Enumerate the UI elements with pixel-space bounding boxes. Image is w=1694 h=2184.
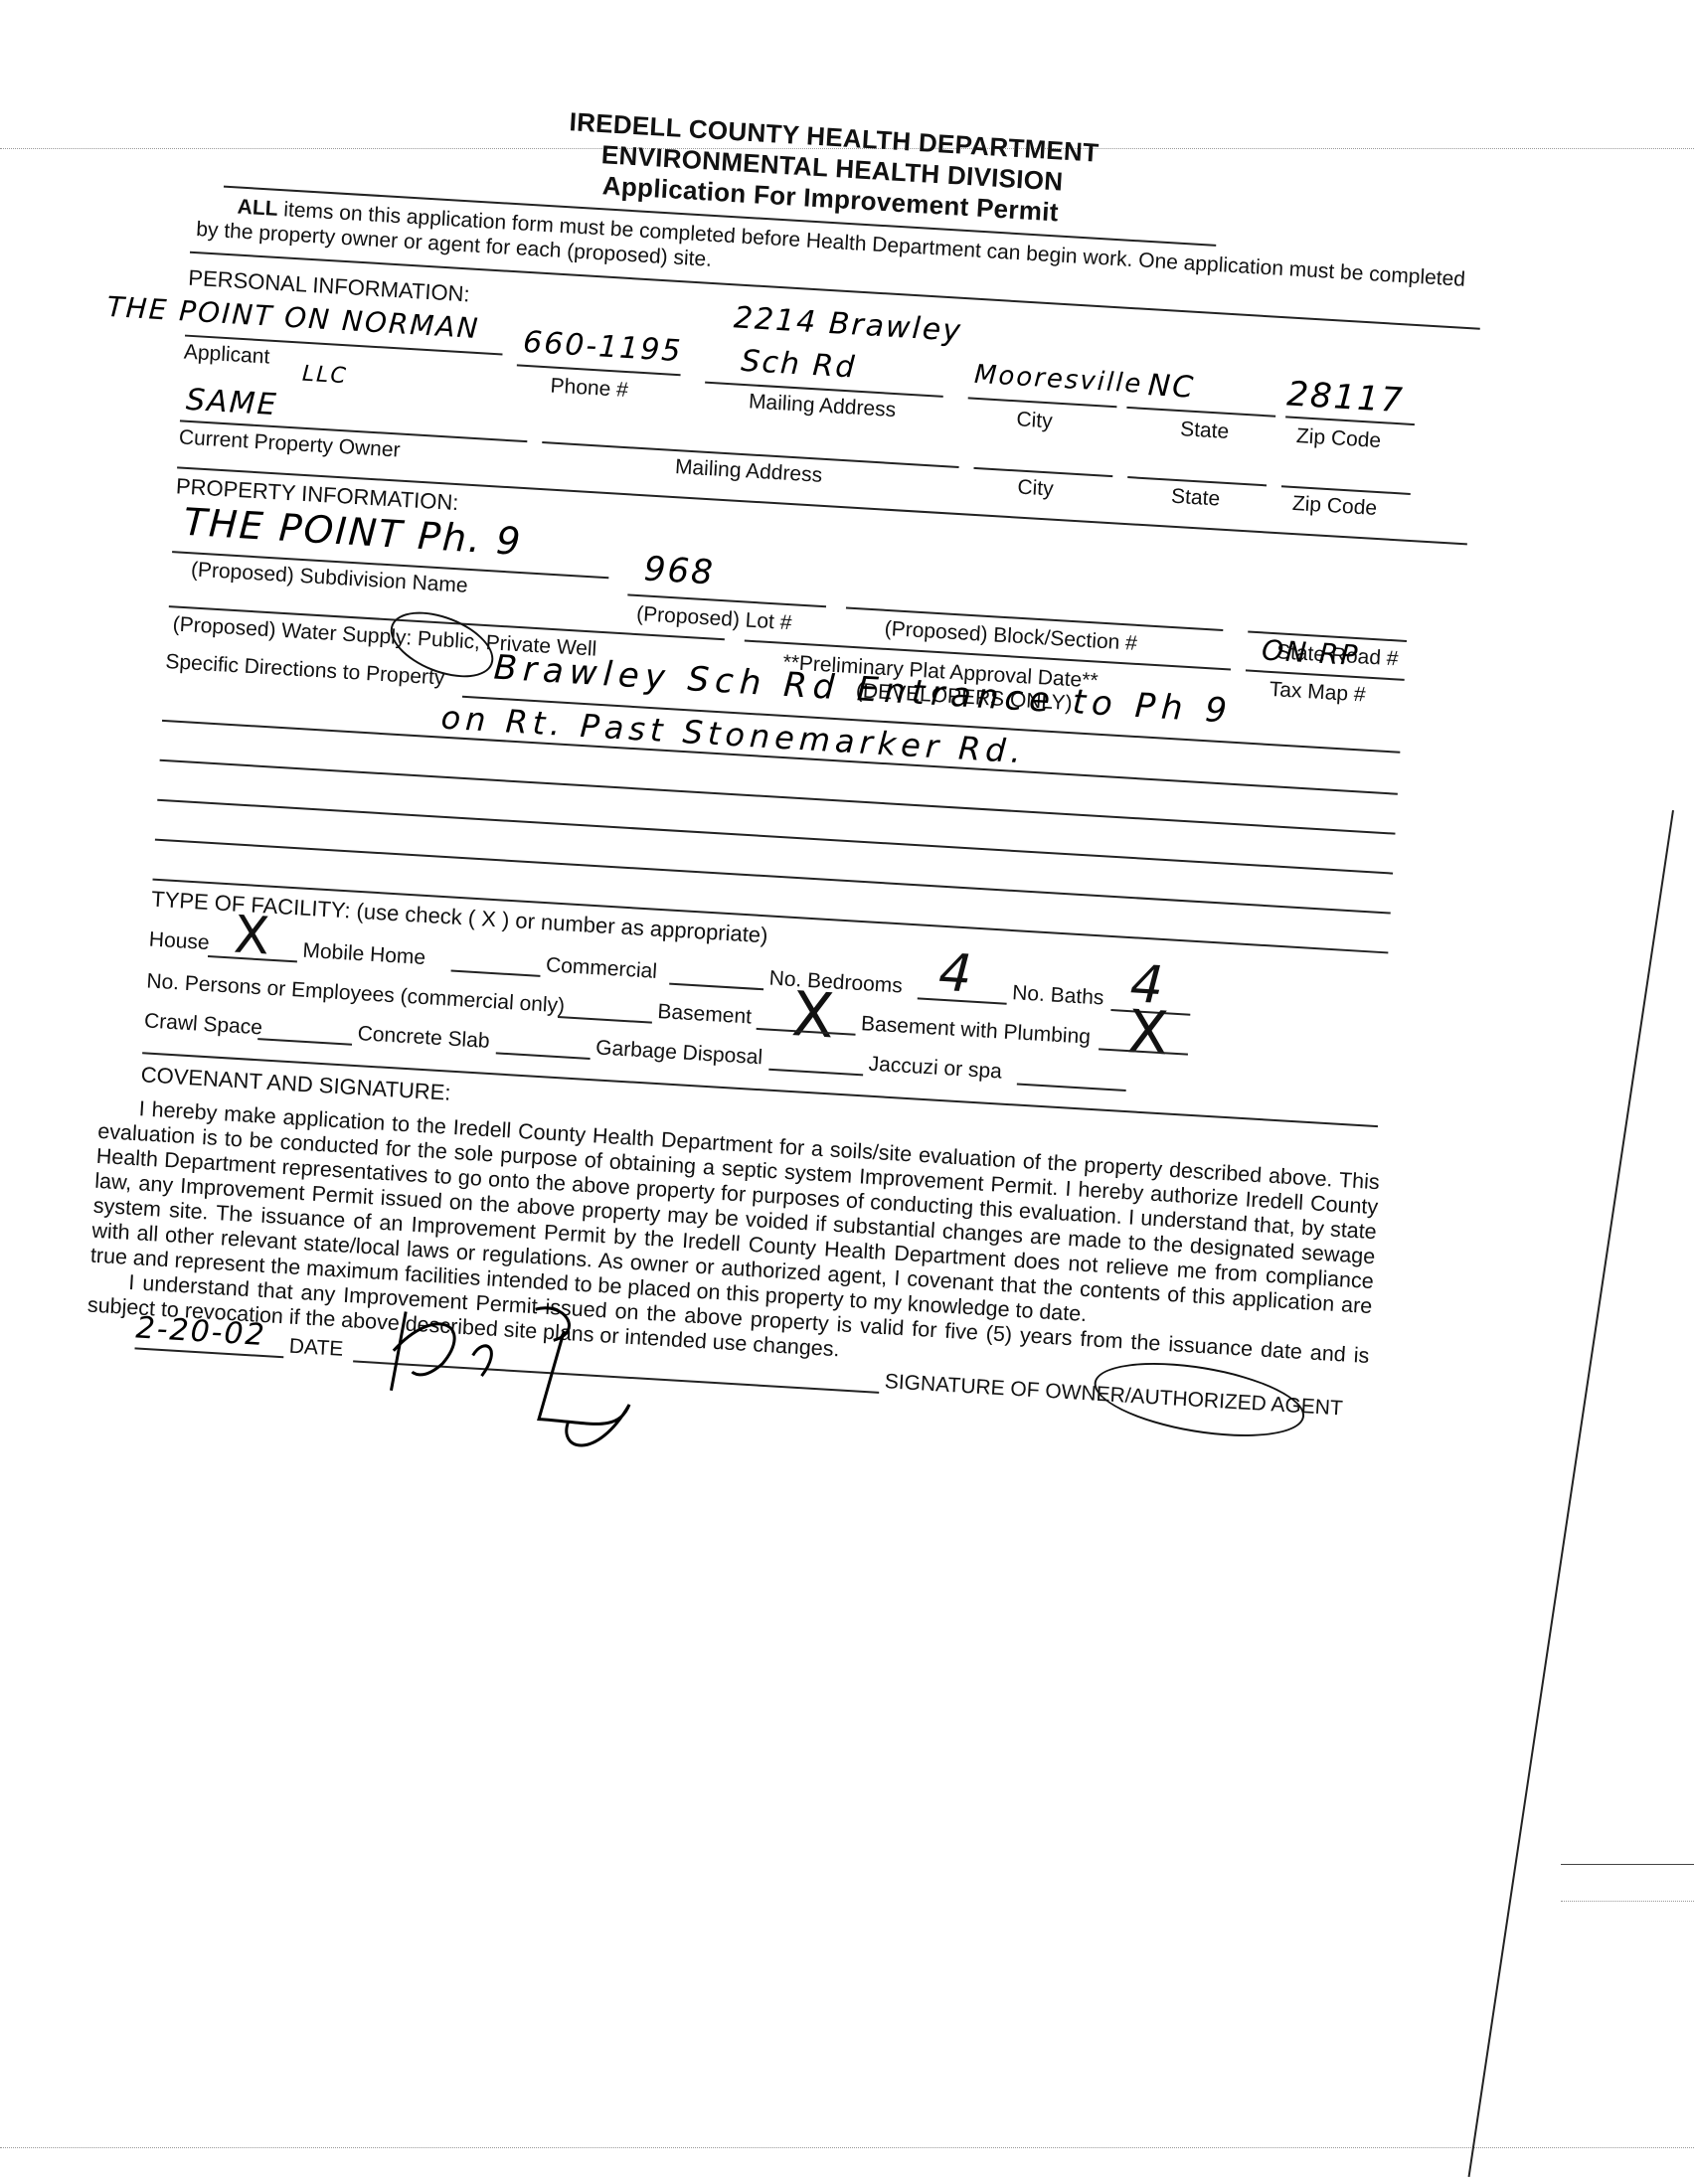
house-label: House <box>148 928 210 956</box>
subdivision-label: (Proposed) Subdivision Name <box>190 558 468 598</box>
jacuzzi-field-line[interactable] <box>1017 1084 1126 1092</box>
mobile-home-label: Mobile Home <box>302 939 426 970</box>
zip-label: Zip Code <box>1295 424 1381 453</box>
jacuzzi-label: Jaccuzi or spa <box>868 1053 1002 1085</box>
instructions-emphasis: ALL <box>237 195 278 220</box>
directions-field-line[interactable] <box>157 799 1393 875</box>
owner-city-field-line[interactable] <box>973 467 1112 477</box>
owner-zip-label: Zip Code <box>1291 492 1377 521</box>
owner-state-field-line[interactable] <box>1127 476 1267 486</box>
tax-map-label: Tax Map # <box>1269 678 1366 708</box>
garbage-disposal-label: Garbage Disposal <box>595 1036 763 1070</box>
basement-label: Basement <box>657 1000 753 1030</box>
owner-state-label: State <box>1170 485 1220 512</box>
state-field-line[interactable] <box>1126 407 1275 418</box>
city-label: City <box>1016 408 1054 433</box>
signature-scribble <box>359 1289 685 1447</box>
lot-label: (Proposed) Lot # <box>635 602 792 635</box>
city-field-line[interactable] <box>968 397 1117 408</box>
applicant-label: Applicant <box>183 341 270 370</box>
date-value: 2-20-02 <box>135 1310 267 1353</box>
current-owner-value: SAME <box>185 383 278 422</box>
zip-value: 28117 <box>1285 374 1405 420</box>
permit-application-form: IREDELL COUNTY HEALTH DEPARTMENT ENVIRON… <box>0 77 1510 2127</box>
state-label: State <box>1179 418 1229 444</box>
house-checkmark: X <box>233 910 271 963</box>
mailing-address-value: 2214 Brawley <box>733 300 963 349</box>
facility-instruction: (use check ( X ) or number as appropriat… <box>350 898 768 947</box>
owner-mailing-label: Mailing Address <box>674 455 822 488</box>
directions-field-line[interactable] <box>160 759 1396 835</box>
crawl-space-label: Crawl Space <box>143 1009 262 1040</box>
basement-plumbing-label: Basement with Plumbing <box>860 1012 1091 1050</box>
page-edge <box>1468 810 1674 2177</box>
concrete-slab-label: Concrete Slab <box>357 1022 490 1054</box>
crawl-space-field-line[interactable] <box>257 1038 352 1046</box>
scan-artifact-line <box>0 2147 1694 2148</box>
state-value: NC <box>1147 368 1196 406</box>
scan-artifact-line <box>1561 1901 1694 1902</box>
city-value: Mooresville <box>973 360 1143 400</box>
date-label: DATE <box>288 1335 344 1362</box>
mailing-address-value-line2: Sch Rd <box>740 344 857 386</box>
scan-artifact-line <box>1561 1864 1694 1865</box>
phone-value: 660-1195 <box>522 325 683 369</box>
applicant-value-line2: LLC <box>301 362 348 390</box>
persons-label: No. Persons or Employees (commercial onl… <box>146 969 566 1018</box>
basement-checkmark: X <box>790 988 835 1042</box>
mailing-address-label: Mailing Address <box>748 390 896 422</box>
commercial-field-line[interactable] <box>669 983 763 991</box>
bedrooms-label: No. Bedrooms <box>768 967 903 999</box>
directions-label: Specific Directions to Property <box>165 650 445 691</box>
tax-map-value: ON RP <box>1261 633 1360 672</box>
garbage-disposal-field-line[interactable] <box>768 1069 863 1077</box>
lot-value: 968 <box>643 549 716 592</box>
owner-city-label: City <box>1017 476 1055 502</box>
persons-field-line[interactable] <box>558 1016 652 1024</box>
mobile-home-field-line[interactable] <box>451 970 541 977</box>
bedrooms-value: 4 <box>937 947 973 1001</box>
covenant-text: I hereby make application to the Iredell… <box>86 1094 1380 1394</box>
phone-label: Phone # <box>550 374 629 403</box>
baths-label: No. Baths <box>1012 981 1104 1010</box>
commercial-label: Commercial <box>545 953 657 984</box>
form-header: IREDELL COUNTY HEALTH DEPARTMENT ENVIRON… <box>522 104 1142 234</box>
concrete-slab-field-line[interactable] <box>496 1052 591 1060</box>
